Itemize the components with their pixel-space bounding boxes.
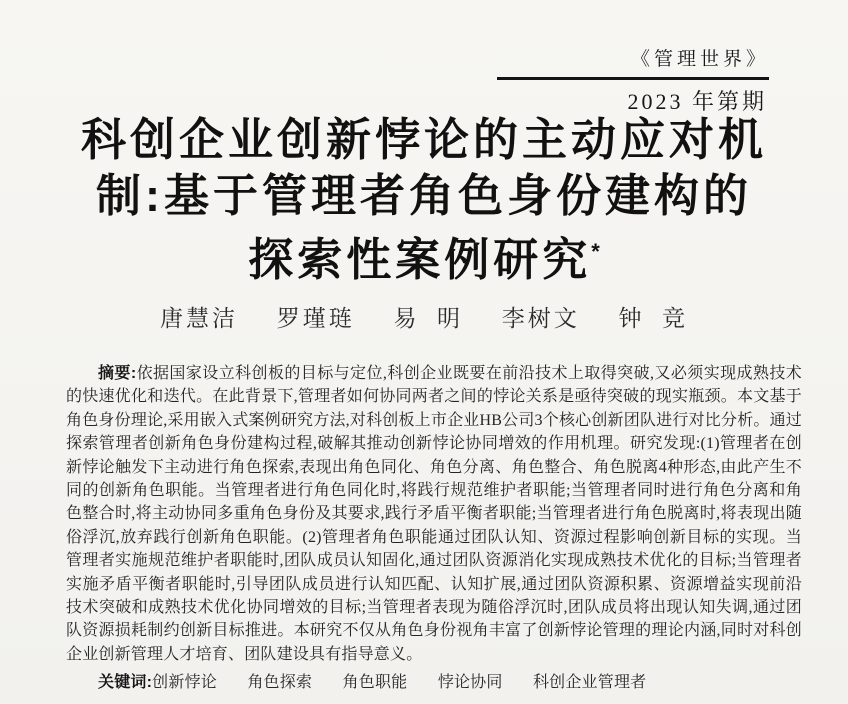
author-name: 罗瑾琏 <box>277 306 355 331</box>
paper-page: 《管理世界》 2023 年第期 科创企业创新悖论的主动应对机 制:基于管理者角色… <box>0 0 848 704</box>
author-name: 李树文 <box>502 306 580 331</box>
title-footnote-marker: * <box>591 239 600 264</box>
paper-title: 科创企业创新悖论的主动应对机 制:基于管理者角色身份建构的 探索性案例研究* <box>0 112 848 288</box>
keywords-label: 关键词: <box>98 674 152 691</box>
keyword-item: 角色职能 <box>343 674 408 691</box>
authors-line: 唐慧洁 罗瑾琏 易 明 李树文 钟 竞 <box>0 300 848 333</box>
journal-header: 《管理世界》 2023 年第期 <box>497 44 769 116</box>
journal-name: 《管理世界》 <box>497 44 769 71</box>
author-name: 唐慧洁 <box>160 306 238 331</box>
keyword-item: 科创企业管理者 <box>533 674 646 691</box>
author-name: 易 明 <box>394 306 464 331</box>
keyword-item: 悖论协同 <box>438 674 503 691</box>
keyword-item: 创新悖论 <box>152 674 217 691</box>
keywords-line: 关键词:创新悖论角色探索角色职能悖论协同科创企业管理者 <box>66 669 802 692</box>
paper-title-line-1: 科创企业创新悖论的主动应对机 <box>81 114 767 165</box>
header-rule <box>497 77 769 80</box>
abstract-paragraph: 摘要:依据国家设立科创板的目标与定位,科创企业既要在前沿技术上取得突破,又必须实… <box>66 362 802 666</box>
author-name: 钟 竞 <box>619 306 689 331</box>
abstract-label: 摘要: <box>98 365 136 382</box>
paper-title-line-2: 制:基于管理者角色身份建构的 <box>96 170 752 221</box>
keyword-item: 角色探索 <box>247 674 312 691</box>
paper-title-line-3: 探索性案例研究 <box>248 234 591 285</box>
abstract-text: 依据国家设立科创板的目标与定位,科创企业既要在前沿技术上取得突破,又必须实现成熟… <box>66 365 802 663</box>
